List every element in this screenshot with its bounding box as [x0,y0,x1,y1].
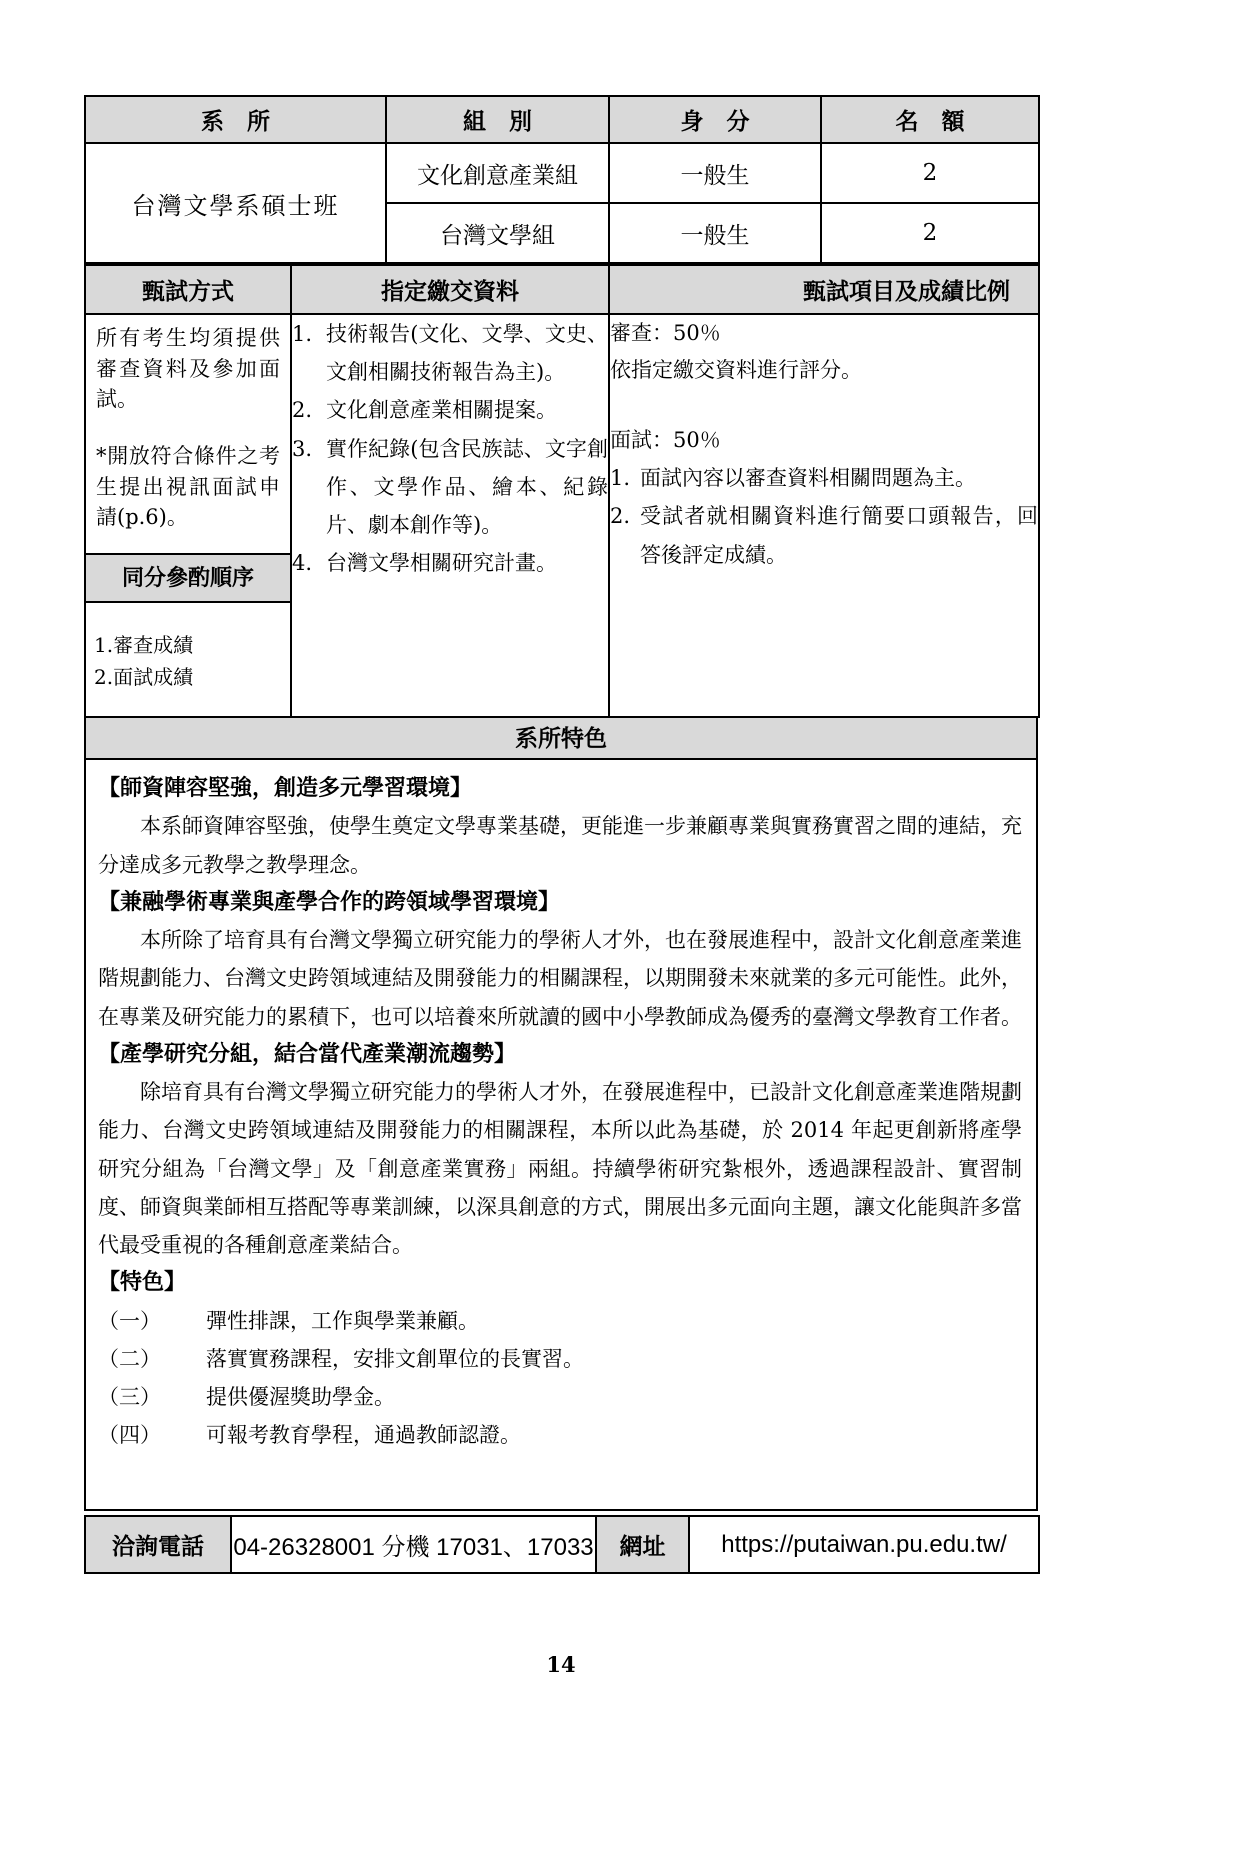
header-group: 組 別 [386,96,609,143]
feature-heading: 【兼融學術專業與產學合作的跨領域學習環境】 [98,884,1022,921]
phone-value: 04-26328001 分機 17031、17033 [231,1516,596,1573]
identity-value: 一般生 [609,143,821,203]
spacer [610,390,1038,422]
material-item: 1. 技術報告(文化、文學、文史、文創相關技術報告為主)。 [292,315,608,391]
item-number: 1. [292,315,326,391]
item-number: 3. [292,430,326,545]
item-number: （一） [98,1302,206,1340]
header-quota: 名 額 [821,96,1039,143]
material-item: 3. 實作紀錄(包含民族誌、文字創作、文學作品、繪本、紀錄片、劇本創作等)。 [292,430,608,545]
feature-list-item: （二） 落實實務課程，安排文創單位的長實習。 [98,1340,1022,1378]
document-page: 系 所 組 別 身 分 名 額 台灣文學系碩士班 文化創意產業組 一般生 2 台… [84,95,1038,1677]
item-text: 落實實務課程，安排文創單位的長實習。 [206,1340,584,1378]
quota-table: 系 所 組 別 身 分 名 額 台灣文學系碩士班 文化創意產業組 一般生 2 台… [84,95,1040,264]
item-text: 面試內容以審查資料相關問題為主。 [640,459,1038,497]
exam-body-row: 所有考生均須提供審查資料及參加面試。 *開放符合條件之考生提出視訊面試申請(p.… [85,314,1039,717]
materials-cell: 1. 技術報告(文化、文學、文史、文創相關技術報告為主)。 2. 文化創意產業相… [291,314,609,717]
method-paragraph: 所有考生均須提供審查資料及參加面試。 [96,323,280,415]
review-percentage: 審查：50％ [610,315,1038,352]
tiebreak-item: 2.面試成績 [94,661,280,693]
quota-value: 2 [821,203,1039,263]
header-exam-method: 甄試方式 [85,265,291,314]
tiebreak-header: 同分參酌順序 [86,553,290,603]
quota-header-row: 系 所 組 別 身 分 名 額 [85,96,1039,143]
group-name: 文化創意產業組 [386,143,609,203]
feature-heading: 【產學研究分組，結合當代產業潮流趨勢】 [98,1036,1022,1073]
criteria-cell: 審查：50％ 依指定繳交資料進行評分。 面試：50％ 1. 面試內容以審查資料相… [609,314,1039,717]
item-number: 2. [610,497,640,573]
exam-method-cell: 所有考生均須提供審查資料及參加面試。 *開放符合條件之考生提出視訊面試申請(p.… [85,314,291,717]
interview-item: 2. 受試者就相關資料進行簡要口頭報告，回答後評定成績。 [610,497,1038,573]
item-text: 提供優渥獎助學金。 [206,1378,395,1416]
tiebreak-item: 1.審查成績 [94,629,280,661]
phone-label: 洽詢電話 [85,1516,231,1573]
url-value: https://putaiwan.pu.edu.tw/ [689,1516,1039,1573]
item-number: （三） [98,1378,206,1416]
item-number: 1. [610,459,640,497]
feature-list-heading: 【特色】 [98,1264,1022,1301]
contact-table: 洽詢電話 04-26328001 分機 17031、17033 網址 https… [84,1515,1040,1574]
method-note: *開放符合條件之考生提出視訊面試申請(p.6)。 [96,441,280,533]
review-description: 依指定繳交資料進行評分。 [610,352,1038,389]
features-content: 【師資陣容堅強，創造多元學習環境】 本系師資陣容堅強，使學生奠定文學專業基礎，更… [84,760,1038,1511]
interview-percentage: 面試：50％ [610,422,1038,459]
feature-paragraph: 本系師資陣容堅強，使學生奠定文學專業基礎，更能進一步兼顧專業與實務實習之間的連結… [98,807,1022,883]
interview-item: 1. 面試內容以審查資料相關問題為主。 [610,459,1038,497]
item-number: （二） [98,1340,206,1378]
group-name: 台灣文學組 [386,203,609,263]
item-text: 技術報告(文化、文學、文史、文創相關技術報告為主)。 [326,315,608,391]
contact-row: 洽詢電話 04-26328001 分機 17031、17033 網址 https… [85,1516,1039,1573]
url-label: 網址 [596,1516,689,1573]
item-text: 台灣文學相關研究計畫。 [326,544,608,582]
feature-paragraph: 除培育具有台灣文學獨立研究能力的學術人才外，在發展進程中，已設計文化創意產業進階… [98,1073,1022,1264]
material-item: 4. 台灣文學相關研究計畫。 [292,544,608,582]
item-number: （四） [98,1416,206,1454]
quota-row: 台灣文學系碩士班 文化創意產業組 一般生 2 [85,143,1039,203]
spacer [96,415,280,441]
header-department: 系 所 [85,96,386,143]
material-item: 2. 文化創意產業相關提案。 [292,391,608,429]
feature-list-item: （一） 彈性排課，工作與學業兼顧。 [98,1302,1022,1340]
page-number: 14 [84,1652,1038,1677]
feature-list-item: （四） 可報考教育學程，通過教師認證。 [98,1416,1022,1454]
department-name: 台灣文學系碩士班 [85,143,386,263]
exam-header-row: 甄試方式 指定繳交資料 甄試項目及成績比例 [85,265,1039,314]
header-materials: 指定繳交資料 [291,265,609,314]
feature-heading: 【師資陣容堅強，創造多元學習環境】 [98,770,1022,807]
identity-value: 一般生 [609,203,821,263]
item-text: 文化創意產業相關提案。 [326,391,608,429]
features-title-bar: 系所特色 [84,718,1038,760]
feature-list-item: （三） 提供優渥獎助學金。 [98,1378,1022,1416]
item-text: 可報考教育學程，通過教師認證。 [206,1416,521,1454]
item-text: 彈性排課，工作與學業兼顧。 [206,1302,479,1340]
header-criteria: 甄試項目及成績比例 [609,265,1039,314]
item-number: 4. [292,544,326,582]
item-text: 實作紀錄(包含民族誌、文字創作、文學作品、繪本、紀錄片、劇本創作等)。 [326,430,608,545]
feature-paragraph: 本所除了培育具有台灣文學獨立研究能力的學術人才外，也在發展進程中，設計文化創意產… [98,921,1022,1036]
quota-value: 2 [821,143,1039,203]
header-identity: 身 分 [609,96,821,143]
item-number: 2. [292,391,326,429]
item-text: 受試者就相關資料進行簡要口頭報告，回答後評定成績。 [640,497,1038,573]
exam-table: 甄試方式 指定繳交資料 甄試項目及成績比例 所有考生均須提供審查資料及參加面試。… [84,264,1040,718]
